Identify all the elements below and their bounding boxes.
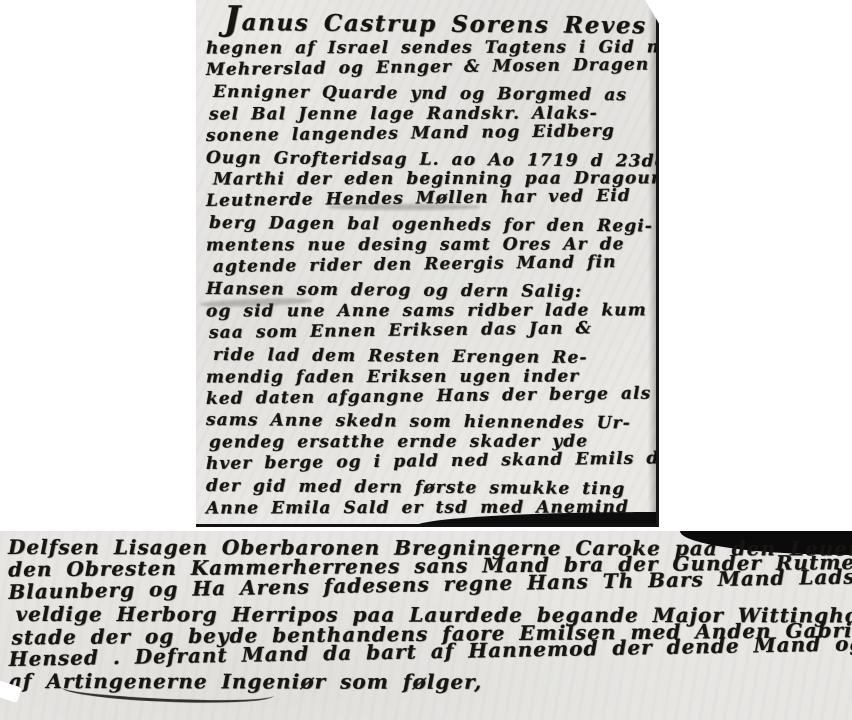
- handwriting-block-lower: Delfsen Lisagen Oberbaronen Bregningerne…: [8, 531, 852, 693]
- manuscript-lower-strip: Delfsen Lisagen Oberbaronen Bregningerne…: [0, 531, 852, 720]
- scanned-document: Janus Castrup Sorens Reves agter hegnen …: [0, 0, 852, 720]
- ink-smudge: [328, 204, 480, 210]
- handwriting-line: hver berge og i pald ned skand Emils dan…: [206, 449, 652, 476]
- handwriting-block-upper: Janus Castrup Sorens Reves agter hegnen …: [206, 4, 652, 520]
- handwriting-line: Mehrerslad og Ennger & Mosen Dragen: [206, 54, 652, 81]
- handwriting-line: sonene langendes Mand nog Eidberg: [206, 120, 652, 147]
- handwriting-line: agtende rider den Reergis Mand fin: [213, 252, 652, 279]
- handwriting-line: saa som Ennen Eriksen das Jan &: [209, 317, 652, 344]
- page-edge-shadow: [648, 0, 656, 524]
- manuscript-upper-page: Janus Castrup Sorens Reves agter hegnen …: [196, 0, 659, 527]
- handwriting-line: Janus Castrup Sorens Reves agter: [224, 4, 652, 41]
